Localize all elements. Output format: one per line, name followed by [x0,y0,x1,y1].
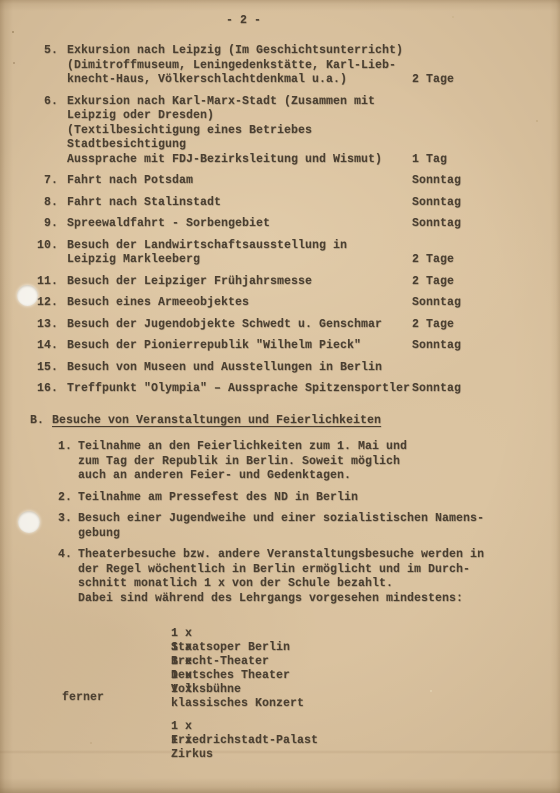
section-b-title: Besuche von Veranstaltungen und Feierlic… [52,414,381,427]
item-number: 9. [36,217,58,232]
text-line: Aussprache mit FDJ-Bezirksleitung und Wi… [67,153,382,168]
item-duration: Sonntag [412,217,461,232]
text-line: Treffpunkt "Olympia" – Aussprache Spitze… [67,382,410,397]
item-text: Besuch von Museen und Ausstellungen in B… [67,361,382,376]
item-number: 10. [36,239,58,268]
text-line: Dabei sind während des Lehrgangs vorgese… [78,592,484,607]
event-list-item: 1. Teilnahme an den Feierlichkeiten zum … [56,440,550,484]
text-line: Besuch von Museen und Ausstellungen in B… [67,361,382,376]
item-text: Teilnahme am Pressefest des ND in Berlin [78,491,358,506]
item-number: 4. [56,548,72,606]
item-duration: Sonntag [412,382,461,397]
event-list-item: 3. Besuch einer Jugendweihe und einer so… [56,512,550,541]
visit-count-row: 1 x Staatsoper Berlin [143,613,550,627]
excursion-list-item: 5. Exkursion nach Leipzig (Im Geschichts… [36,44,541,88]
text-line: auch an anderen Feier- und Gedenktagen. [78,469,407,484]
item-number: 1. [56,440,72,484]
paper-speckles [0,0,2,2]
item-number: 7. [36,174,58,189]
item-text: Teilnahme an den Feierlichkeiten zum 1. … [78,440,407,484]
section-a-excursion-list: 5. Exkursion nach Leipzig (Im Geschichts… [36,44,541,404]
text-line: Theaterbesuche bzw. andere Veranstaltung… [78,548,484,563]
page-number: - 2 - [226,14,261,27]
item-text: Exkursion nach Leipzig (Im Geschichtsunt… [67,44,403,88]
item-duration: Sonntag [412,339,461,354]
text-line: Fahrt nach Potsdam [67,174,193,189]
text-line: Leipzig oder Dresden) [67,109,382,124]
text-line: Besuch der Landwirtschaftsausstellung in [67,239,347,254]
item-duration: 2 Tage [412,73,454,88]
item-duration: Sonntag [412,174,461,189]
excursion-list-item: 16. Treffpunkt "Olympia" – Aussprache Sp… [36,382,541,397]
visit-count: 1 x [171,683,203,697]
text-line: Spreewaldfahrt - Sorbengebiet [67,217,270,232]
item-number: 14. [36,339,58,354]
visit-venue: Zirkus [171,748,213,761]
text-line: der Regel wöchentlich in Berlin ermöglic… [78,563,484,578]
item-text: Spreewaldfahrt - Sorbengebiet [67,217,270,232]
text-line: Besuch der Jugendobjekte Schwedt u. Gens… [67,318,382,333]
visit-count-row: 1 x Zirkus [143,720,550,734]
item-number: 2. [56,491,72,506]
excursion-list-item: 12. Besuch eines Armeeobjektes Sonntag [36,296,541,311]
item-text: Besuch einer Jugendweihe und einer sozia… [78,512,484,541]
item-number: 12. [36,296,58,311]
item-text: Besuch der Landwirtschaftsausstellung in… [67,239,347,268]
section-b-header: B. Besuche von Veranstaltungen und Feier… [30,414,550,427]
visit-count: 1 x [171,720,203,734]
item-number: 11. [36,275,58,290]
item-duration: 2 Tage [412,318,454,333]
punch-hole-bottom [18,511,40,533]
text-line: schnitt monatlich 1 x von der Schule bez… [78,577,484,592]
item-duration: 2 Tage [412,275,454,290]
item-duration: Sonntag [412,196,461,211]
theater-visit-list: 1 x Staatsoper Berlin 1 x Brecht-Theater… [30,613,550,683]
excursion-list-item: 14. Besuch der Pionierrepublik "Wilhelm … [36,339,541,354]
excursion-list-item: 6. Exkursion nach Karl-Marx-Stadt (Zusam… [36,95,541,168]
item-number: 16. [36,382,58,397]
item-text: Fahrt nach Stalinstadt [67,196,221,211]
item-text: Theaterbesuche bzw. andere Veranstaltung… [78,548,484,606]
ferner-label: ferner [62,691,550,704]
visit-count: 1 x [171,627,203,641]
item-text: Besuch eines Armeeobjektes [67,296,249,311]
item-duration: 2 Tage [412,253,454,268]
section-b-item-list: 1. Teilnahme an den Feierlichkeiten zum … [30,440,550,606]
text-line: knecht-Haus, Völkerschlachtdenkmal u.a.) [67,73,403,88]
excursion-list-item: 15. Besuch von Museen und Ausstellungen … [36,361,541,376]
section-b-label: B. [30,414,52,427]
visit-count-row: 1 x Brecht-Theater [143,627,550,641]
item-text: Besuch der Pionierrepublik "Wilhelm Piec… [67,339,361,354]
text-line: Besuch der Pionierrepublik "Wilhelm Piec… [67,339,361,354]
visit-venue: klassisches Konzert [171,697,304,710]
text-line: Exkursion nach Leipzig (Im Geschichtsunt… [67,44,403,59]
text-line: Fahrt nach Stalinstadt [67,196,221,211]
excursion-list-item: 9. Spreewaldfahrt - Sorbengebiet Sonntag [36,217,541,232]
item-number: 6. [36,95,58,168]
item-text: Treffpunkt "Olympia" – Aussprache Spitze… [67,382,410,397]
excursion-list-item: 8. Fahrt nach Stalinstadt Sonntag [36,196,541,211]
punch-hole-top [17,285,38,306]
item-number: 8. [36,196,58,211]
item-number: 5. [36,44,58,88]
text-line: Besuch der Leipziger Frühjahrsmesse [67,275,312,290]
text-line: Exkursion nach Karl-Marx-Stadt (Zusammen… [67,95,382,110]
text-line: gebung [78,527,484,542]
item-number: 15. [36,361,58,376]
event-list-item: 4. Theaterbesuche bzw. andere Veranstalt… [56,548,550,606]
item-text: Besuch der Jugendobjekte Schwedt u. Gens… [67,318,382,333]
item-text: Fahrt nach Potsdam [67,174,193,189]
text-line: zum Tag der Republik in Berlin. Soweit m… [78,455,407,470]
paper-crease [0,750,560,754]
text-line: (Dimitroffmuseum, Leningedenkstätte, Kar… [67,59,403,74]
item-number: 13. [36,318,58,333]
item-duration: 1 Tag [412,153,447,168]
item-text: Besuch der Leipziger Frühjahrsmesse [67,275,312,290]
item-duration: Sonntag [412,296,461,311]
visit-count: 1 x [171,655,203,669]
excursion-list-item: 7. Fahrt nach Potsdam Sonntag [36,174,541,189]
section-b: B. Besuche von Veranstaltungen und Feier… [30,414,550,734]
text-line: Besuch eines Armeeobjektes [67,296,249,311]
event-list-item: 2. Teilnahme am Pressefest des ND in Ber… [56,491,550,506]
item-number: 3. [56,512,72,541]
visit-count: 1 x [171,641,203,655]
text-line: Stadtbesichtigung [67,138,382,153]
visit-count: 1 x [171,734,203,748]
excursion-list-item: 13. Besuch der Jugendobjekte Schwedt u. … [36,318,541,333]
scanned-document-page: - 2 - 5. Exkursion nach Leipzig (Im Gesc… [0,0,560,793]
excursion-list-item: 11. Besuch der Leipziger Frühjahrsmesse … [36,275,541,290]
excursion-list-item: 10. Besuch der Landwirtschaftsausstellun… [36,239,541,268]
text-line: (Textilbesichtigung eines Betriebes [67,124,382,139]
text-line: Teilnahme an den Feierlichkeiten zum 1. … [78,440,407,455]
item-text: Exkursion nach Karl-Marx-Stadt (Zusammen… [67,95,382,168]
visit-count: 1 x [171,669,203,683]
text-line: Besuch einer Jugendweihe und einer sozia… [78,512,484,527]
text-line: Leipzig Markleeberg [67,253,347,268]
text-line: Teilnahme am Pressefest des ND in Berlin [78,491,358,506]
